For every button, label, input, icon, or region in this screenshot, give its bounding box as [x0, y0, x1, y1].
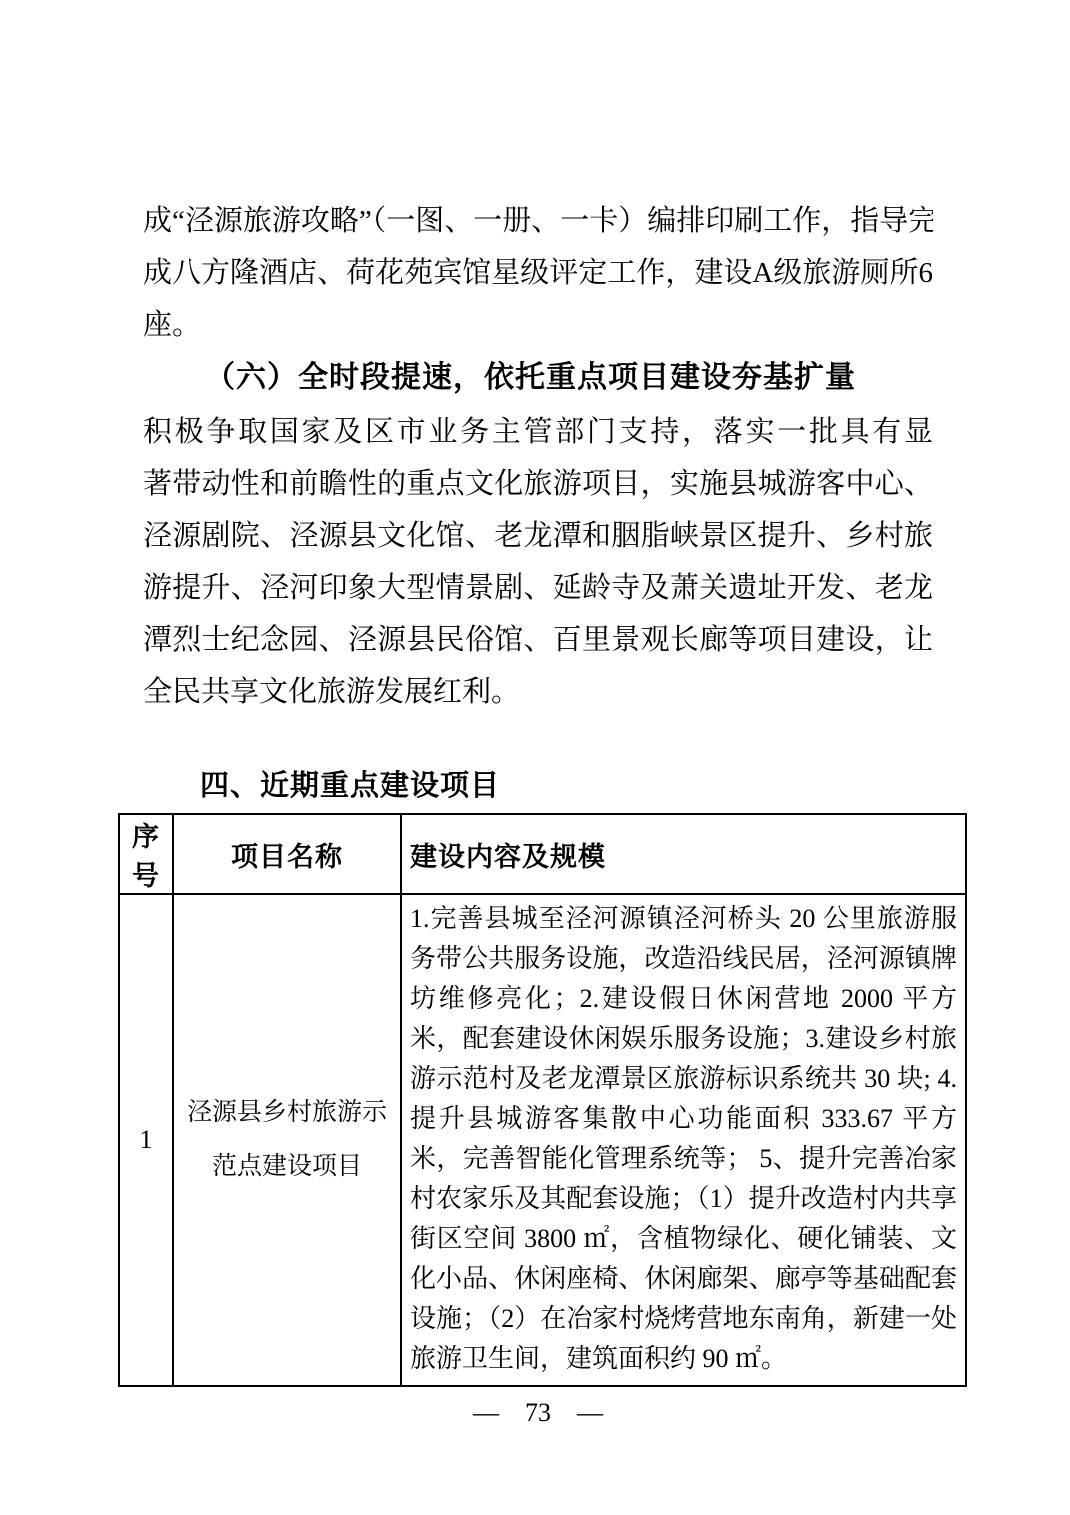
- subsection-paragraph: 积极争取国家及区市业务主管部门支持，落实一批具有显著带动性和前瞻性的重点文化旅游…: [143, 406, 933, 718]
- row-index-cell: 1: [119, 894, 173, 1386]
- project-name-cell: 泾源县乡村旅游示范点建设项目: [173, 894, 401, 1386]
- header-cell-index: 序号: [119, 814, 173, 894]
- section-heading: 四、近期重点建设项目: [200, 763, 500, 804]
- header-cell-content-scale: 建设内容及规模: [401, 814, 966, 894]
- projects-table: 序号 项目名称 建设内容及规模 1 泾源县乡村旅游示范点建设项目 1.完善县城至…: [118, 813, 967, 1387]
- paragraph-line: 成“泾源旅游攻略”（一图、一册、一卡）编排印刷工作，指导完: [143, 195, 933, 247]
- paragraph-line: 著带动性和前瞻性的重点文化旅游项目，实施县城游客中心、: [143, 458, 933, 510]
- table-row: 1 泾源县乡村旅游示范点建设项目 1.完善县城至泾河源镇泾河桥头 20 公里旅游…: [119, 894, 966, 1386]
- project-content-cell: 1.完善县城至泾河源镇泾河桥头 20 公里旅游服务带公共服务设施，改造沿线民居，…: [401, 894, 966, 1386]
- subsection-heading: （六）全时段提速，依托重点项目建设夯基扩量: [143, 352, 933, 404]
- header-cell-project-name: 项目名称: [173, 814, 401, 894]
- paragraph-line: 积极争取国家及区市业务主管部门支持，落实一批具有显: [143, 406, 933, 458]
- page-number: 73: [525, 1398, 551, 1428]
- footer-dash-right: —: [577, 1398, 603, 1428]
- table-header-row: 序号 项目名称 建设内容及规模: [119, 814, 966, 894]
- paragraph-line: 座。: [143, 299, 933, 351]
- paragraph-line: 成八方隆酒店、荷花苑宾馆星级评定工作，建设A级旅游厕所6: [143, 247, 933, 299]
- footer-dash-left: —: [473, 1398, 499, 1428]
- continuation-paragraph: 成“泾源旅游攻略”（一图、一册、一卡）编排印刷工作，指导完成八方隆酒店、荷花苑宾…: [143, 195, 933, 351]
- document-page: 成“泾源旅游攻略”（一图、一册、一卡）编排印刷工作，指导完成八方隆酒店、荷花苑宾…: [0, 0, 1070, 1515]
- paragraph-line: 泾源剧院、泾源县文化馆、老龙潭和胭脂峡景区提升、乡村旅: [143, 510, 933, 562]
- paragraph-line: 游提升、泾河印象大型情景剧、延龄寺及萧关遗址开发、老龙: [143, 562, 933, 614]
- paragraph-line: 潭烈士纪念园、泾源县民俗馆、百里景观长廊等项目建设，让: [143, 614, 933, 666]
- page-footer: —73—: [143, 1398, 933, 1428]
- paragraph-line: 全民共享文化旅游发展红利。: [143, 666, 933, 718]
